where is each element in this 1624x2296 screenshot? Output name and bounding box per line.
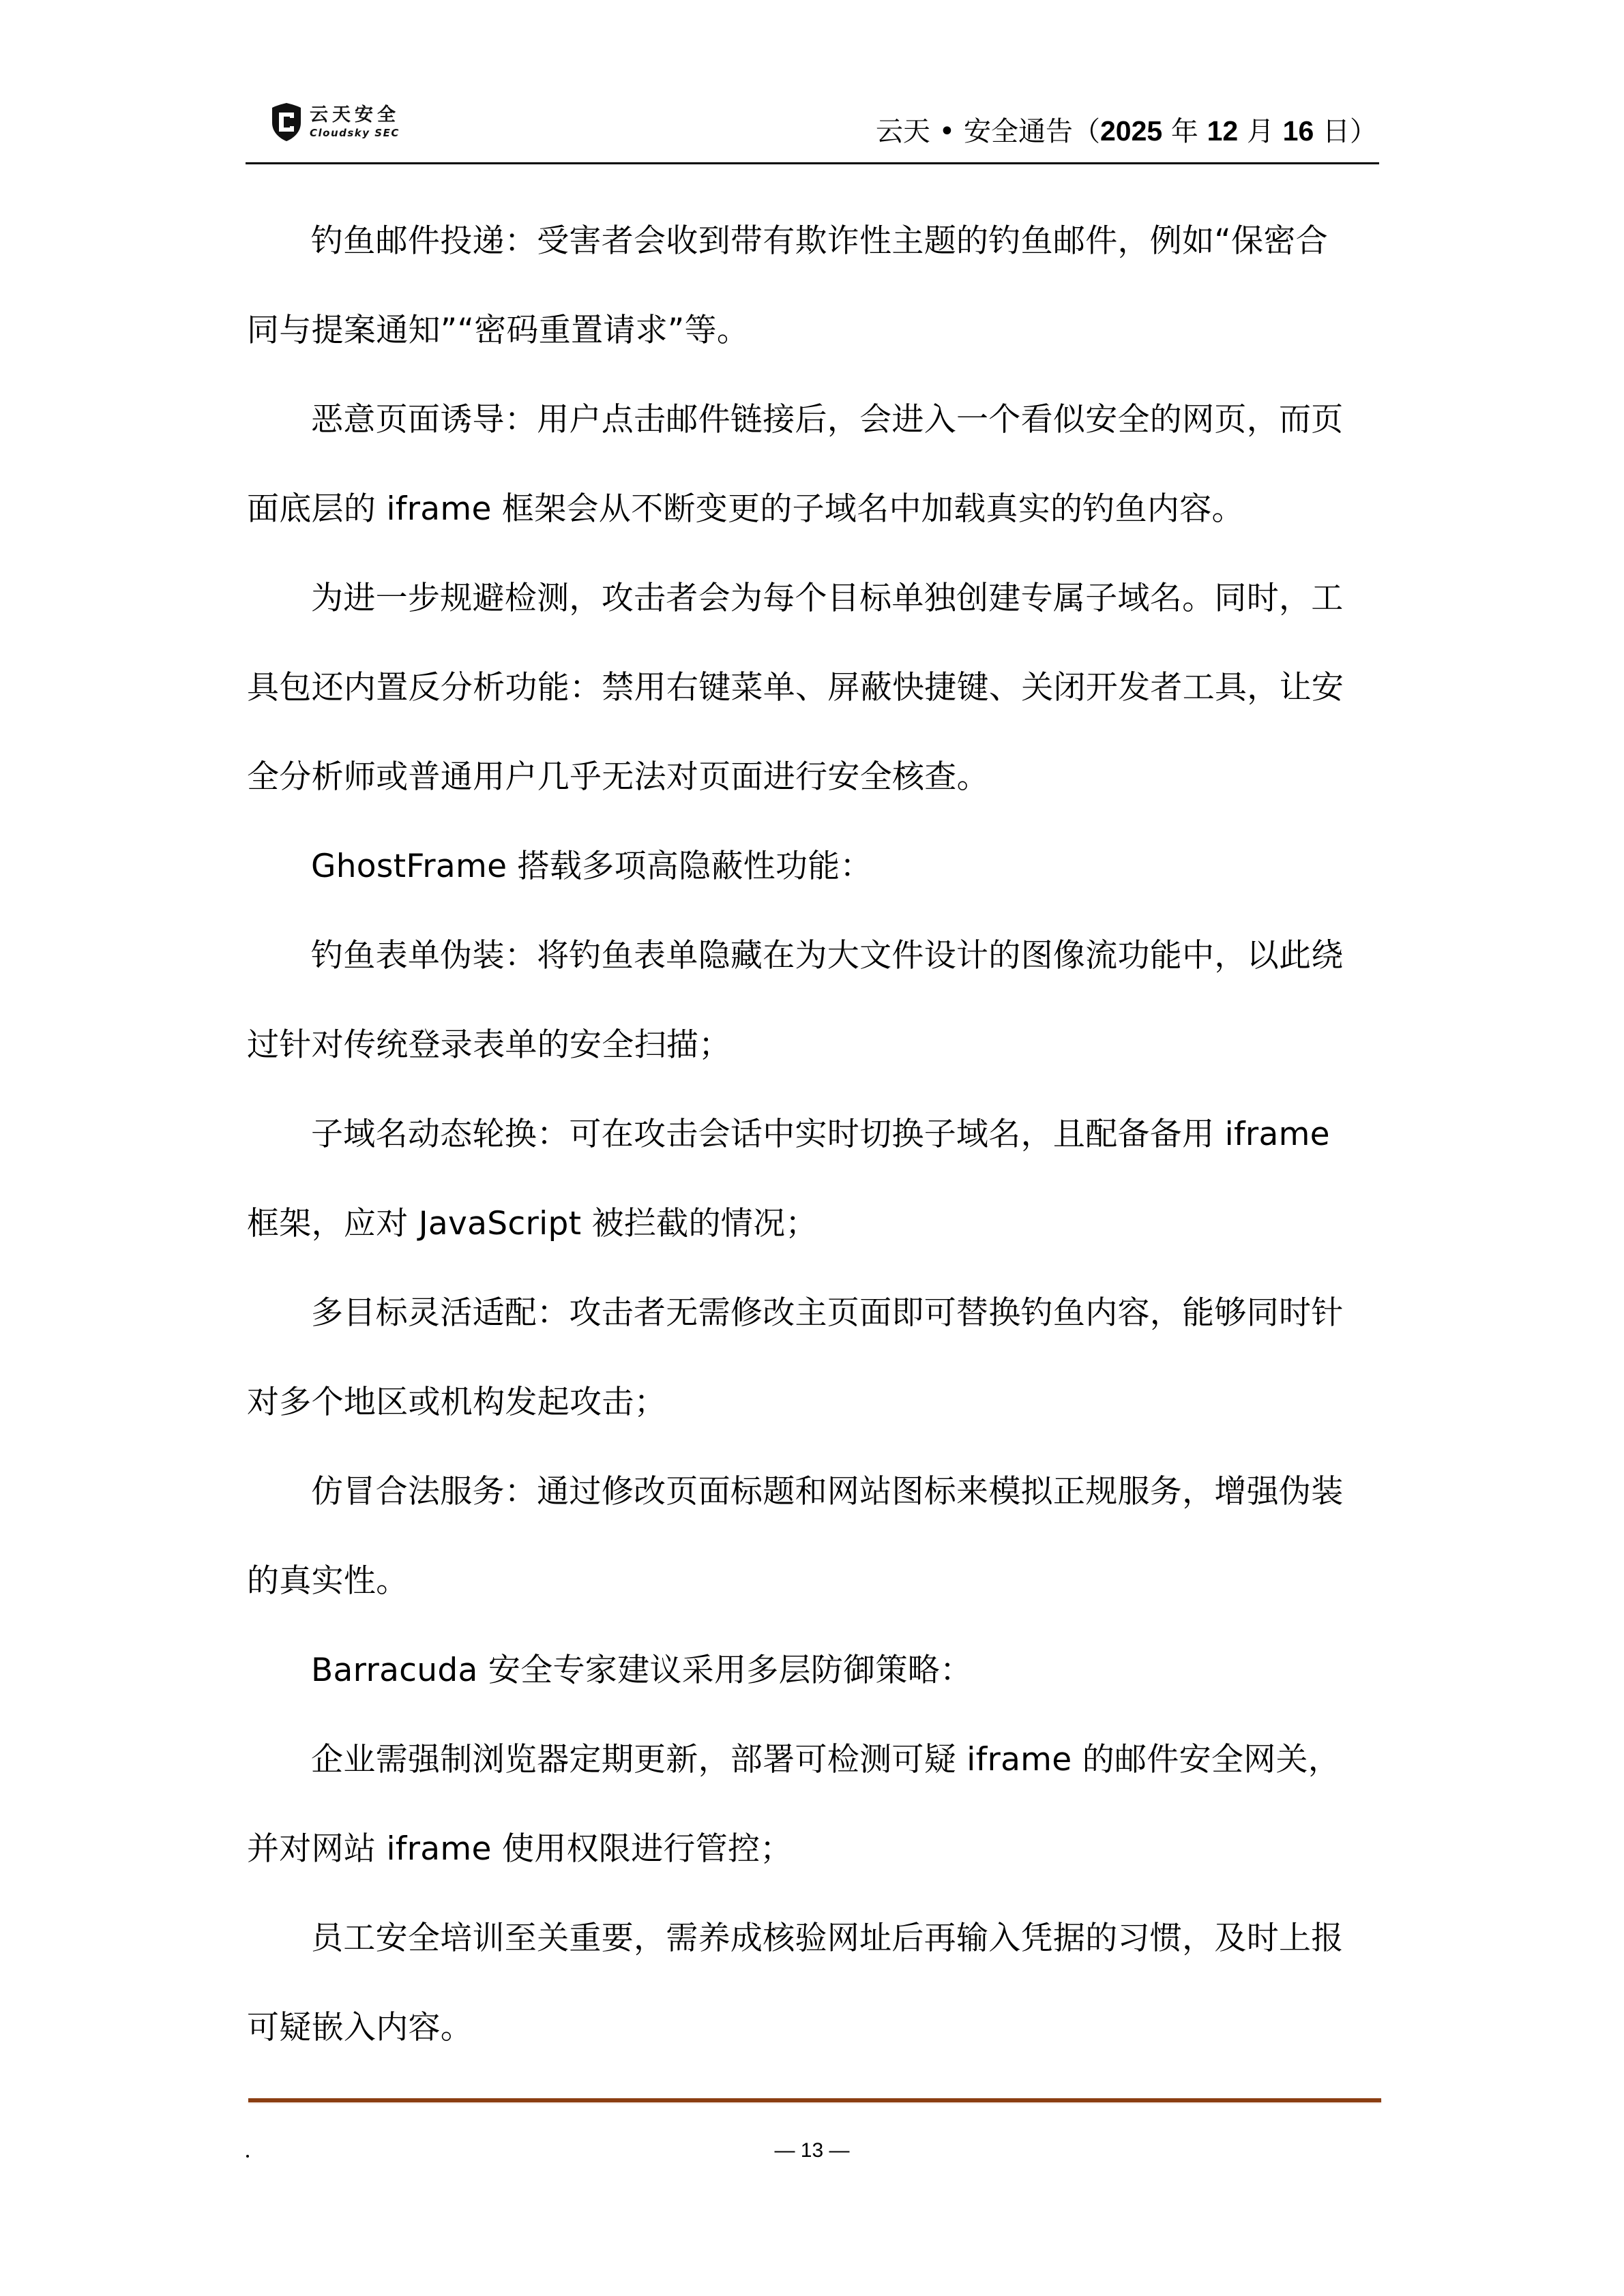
text-line: 的真实性。: [247, 1557, 1379, 1646]
header-title-day: 16: [1283, 115, 1314, 147]
header-title-month: 12: [1207, 115, 1239, 147]
header-title-month-unit: 月: [1238, 116, 1282, 147]
header-divider: [246, 162, 1379, 164]
paragraph-form-disguise: 钓鱼表单伪装：将钓鱼表单隐藏在为大文件设计的图像流功能中，以此绕 过针对传统登录…: [247, 931, 1379, 1110]
logo-en-name: Cloudsky SEC: [310, 128, 400, 138]
document-body: 钓鱼邮件投递：受害者会收到带有欺诈性主题的钓鱼邮件，例如“保密合 同与提案通知”…: [247, 217, 1379, 2093]
text-line: 员工安全培训至关重要，需养成核验网址后再输入凭据的习惯，及时上报: [247, 1914, 1379, 2003]
logo-text: 云天安全 Cloudsky SEC: [310, 106, 400, 138]
logo-cn-name: 云天安全: [310, 106, 400, 124]
header-title-prefix: 云天 • 安全通告（: [876, 116, 1100, 147]
text-line: 仿冒合法服务：通过修改页面标题和网站图标来模拟正规服务，增强伪装: [247, 1467, 1379, 1557]
text-line: 同与提案通知”“密码重置请求”等。: [247, 306, 1379, 396]
page-number: — 13 —: [0, 2138, 1624, 2163]
header-title-year-unit: 年: [1162, 116, 1207, 147]
paragraph-enterprise-measures: 企业需强制浏览器定期更新，部署可检测可疑 iframe 的邮件安全网关， 并对网…: [247, 1735, 1379, 1914]
text-line: 面底层的 iframe 框架会从不断变更的子域名中加载真实的钓鱼内容。: [247, 485, 1379, 574]
paragraph-features-intro: GhostFrame 搭载多项高隐蔽性功能：: [247, 842, 1379, 931]
text-line: 钓鱼表单伪装：将钓鱼表单隐藏在为大文件设计的图像流功能中，以此绕: [247, 931, 1379, 1021]
text-line: 企业需强制浏览器定期更新，部署可检测可疑 iframe 的邮件安全网关，: [247, 1735, 1379, 1825]
text-line: 可疑嵌入内容。: [247, 2003, 1379, 2093]
paragraph-defense-intro: Barracuda 安全专家建议采用多层防御策略：: [247, 1646, 1379, 1735]
logo: 云天安全 Cloudsky SEC: [271, 101, 400, 143]
text-line: 全分析师或普通用户几乎无法对页面进行安全核查。: [247, 753, 1379, 842]
paragraph-multi-target: 多目标灵活适配：攻击者无需修改主页面即可替换钓鱼内容，能够同时针 对多个地区或机…: [247, 1289, 1379, 1467]
footer-divider: [248, 2098, 1381, 2102]
paragraph-phishing-email-delivery: 钓鱼邮件投递：受害者会收到带有欺诈性主题的钓鱼邮件，例如“保密合 同与提案通知”…: [247, 217, 1379, 396]
paragraph-employee-training: 员工安全培训至关重要，需养成核验网址后再输入凭据的习惯，及时上报 可疑嵌入内容。: [247, 1914, 1379, 2093]
paragraph-subdomain-rotation: 子域名动态轮换：可在攻击会话中实时切换子域名，且配备备用 iframe 框架，应…: [247, 1110, 1379, 1289]
text-line: 过针对传统登录表单的安全扫描；: [247, 1021, 1379, 1110]
paragraph-evasion: 为进一步规避检测，攻击者会为每个目标单独创建专属子域名。同时，工 具包还内置反分…: [247, 574, 1379, 842]
text-line: Barracuda 安全专家建议采用多层防御策略：: [247, 1646, 1379, 1735]
text-line: 恶意页面诱导：用户点击邮件链接后，会进入一个看似安全的网页，而页: [247, 396, 1379, 485]
header-title-year: 2025: [1100, 115, 1162, 147]
header-title: 云天 • 安全通告（2025 年 12 月 16 日）: [876, 115, 1377, 148]
text-line: 框架，应对 JavaScript 被拦截的情况；: [247, 1199, 1379, 1289]
text-line: 并对网站 iframe 使用权限进行管控；: [247, 1825, 1379, 1914]
text-line: 多目标灵活适配：攻击者无需修改主页面即可替换钓鱼内容，能够同时针: [247, 1289, 1379, 1378]
paragraph-impersonation: 仿冒合法服务：通过修改页面标题和网站图标来模拟正规服务，增强伪装 的真实性。: [247, 1467, 1379, 1646]
text-line: 为进一步规避检测，攻击者会为每个目标单独创建专属子域名。同时，工: [247, 574, 1379, 664]
paragraph-malicious-page-lure: 恶意页面诱导：用户点击邮件链接后，会进入一个看似安全的网页，而页 面底层的 if…: [247, 396, 1379, 574]
text-line: 具包还内置反分析功能：禁用右键菜单、屏蔽快捷键、关闭开发者工具，让安: [247, 664, 1379, 753]
text-line: GhostFrame 搭载多项高隐蔽性功能：: [247, 842, 1379, 931]
header-title-day-unit: 日）: [1314, 116, 1377, 147]
text-line: 子域名动态轮换：可在攻击会话中实时切换子域名，且配备备用 iframe: [247, 1110, 1379, 1199]
page-header: 云天安全 Cloudsky SEC 云天 • 安全通告（2025 年 12 月 …: [0, 0, 1624, 177]
shield-c-icon: [271, 102, 301, 142]
text-line: 钓鱼邮件投递：受害者会收到带有欺诈性主题的钓鱼邮件，例如“保密合: [247, 217, 1379, 306]
text-line: 对多个地区或机构发起攻击；: [247, 1378, 1379, 1467]
